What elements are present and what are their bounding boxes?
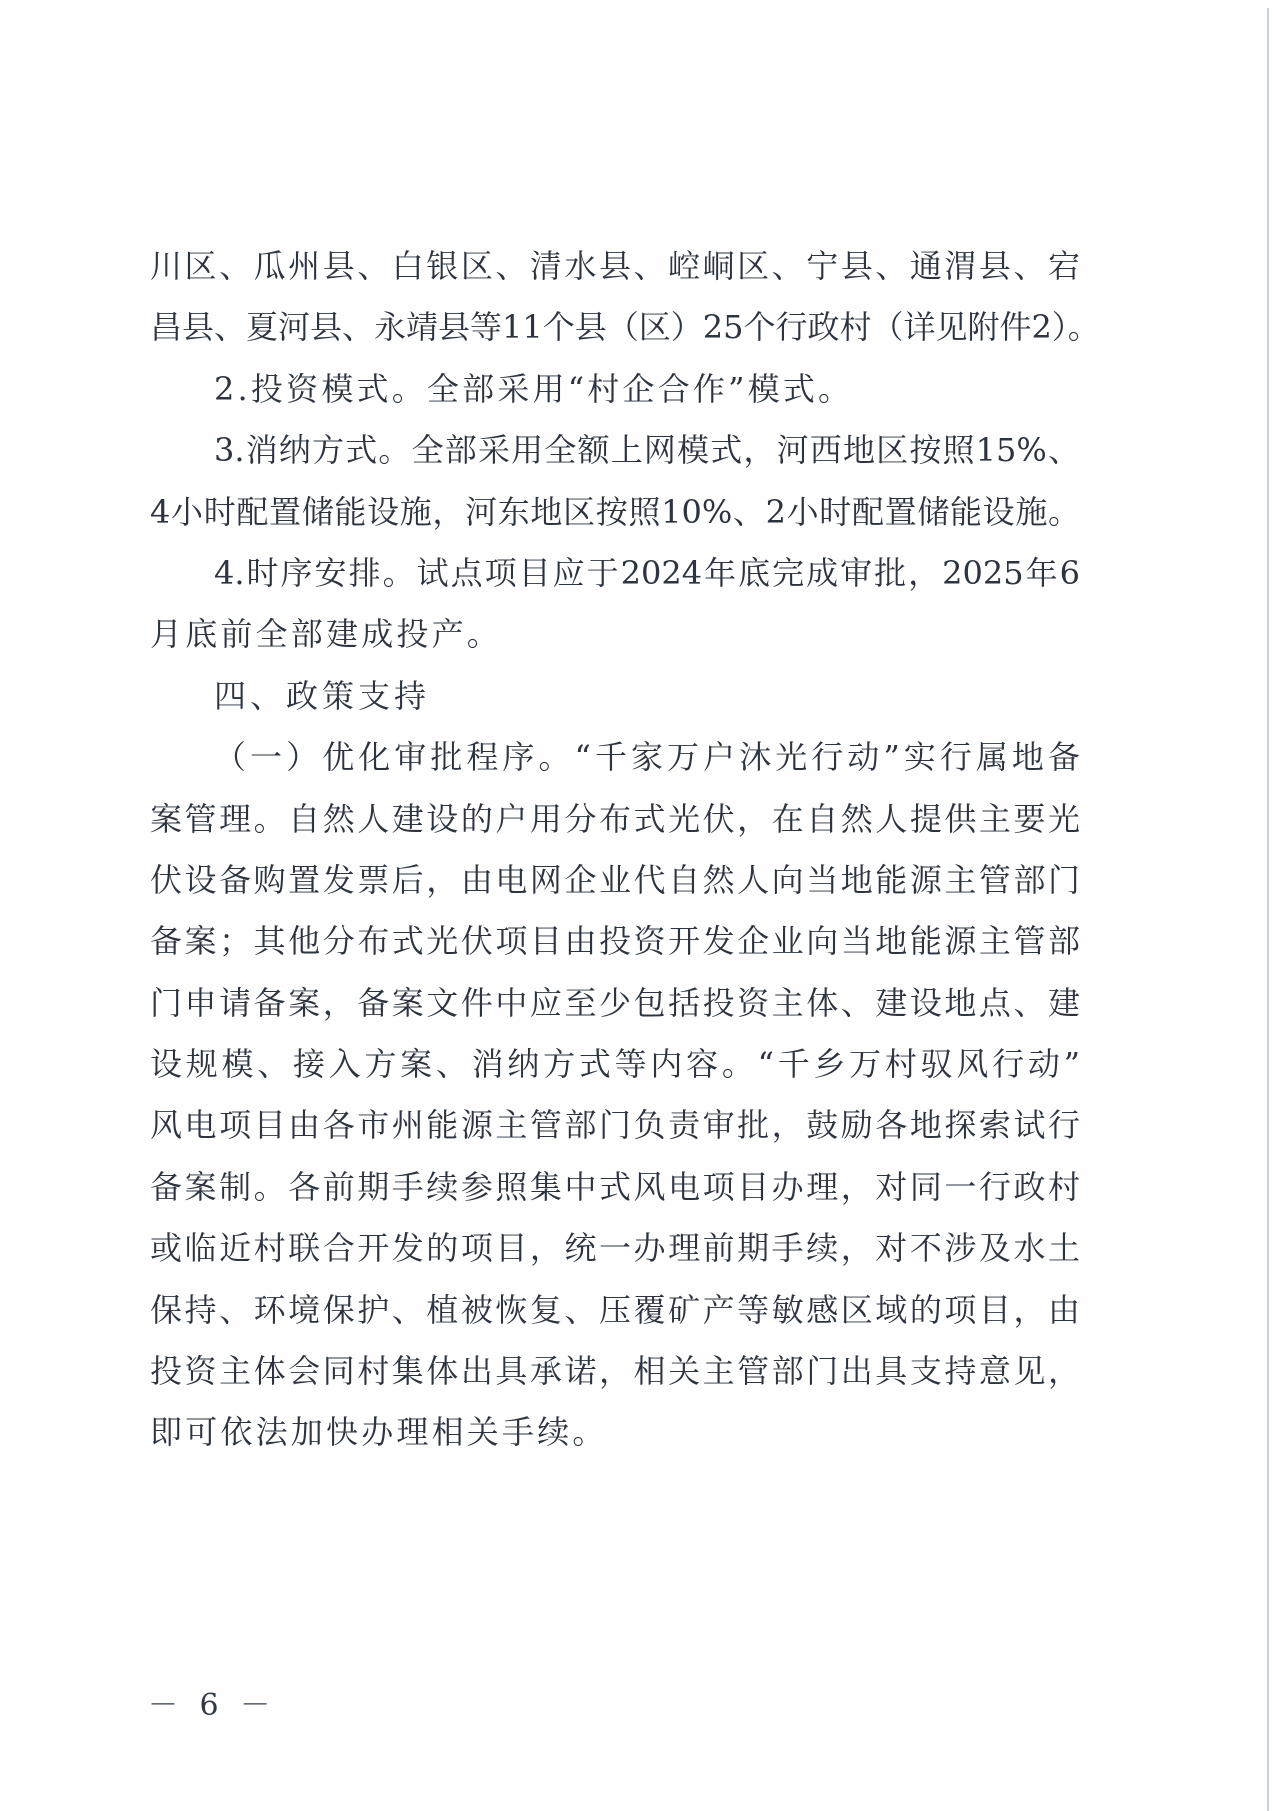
text-line: 4小时配置储能设施，河东地区按照10%、2小时配置储能设施。 (150, 482, 1080, 543)
text-line: 月底前全部建成投产。 (150, 604, 1080, 665)
text-line: 风电项目由各市州能源主管部门负责审批，鼓励各地探索试行 (150, 1095, 1080, 1156)
text-line: 投资主体会同村集体出具承诺，相关主管部门出具支持意见， (150, 1341, 1080, 1402)
text-line: 伏设备购置发票后，由电网企业代自然人向当地能源主管部门 (150, 850, 1080, 911)
text-line: 案管理。自然人建设的户用分布式光伏，在自然人提供主要光 (150, 789, 1080, 850)
text-line: 备案；其他分布式光伏项目由投资开发企业向当地能源主管部 (150, 911, 1080, 972)
text-line: 备案制。各前期手续参照集中式风电项目办理，对同一行政村 (150, 1157, 1080, 1218)
page-number: － 6 － (148, 1686, 276, 1726)
text-line: 2.投资模式。全部采用“村企合作”模式。 (150, 359, 1080, 420)
text-line: 3.消纳方式。全部采用全额上网模式，河西地区按照15%、 (150, 420, 1080, 481)
text-line: 川区、瓜州县、白银区、清水县、崆峒区、宁县、通渭县、宕 (150, 236, 1080, 297)
text-line: 或临近村联合开发的项目，统一办理前期手续，对不涉及水土 (150, 1218, 1080, 1279)
text-line: 昌县、夏河县、永靖县等11个县（区）25个行政村（详见附件2）。 (150, 297, 1080, 358)
document-page: 川区、瓜州县、白银区、清水县、崆峒区、宁县、通渭县、宕 昌县、夏河县、永靖县等1… (0, 0, 1280, 1811)
text-line: 即可依法加快办理相关手续。 (150, 1402, 1080, 1463)
text-line: 门申请备案，备案文件中应至少包括投资主体、建设地点、建 (150, 973, 1080, 1034)
text-line: 设规模、接入方案、消纳方式等内容。“千乡万村驭风行动” (150, 1034, 1080, 1095)
section-heading: 四、政策支持 (150, 666, 1080, 727)
text-line: 保持、环境保护、植被恢复、压覆矿产等敏感区域的项目，由 (150, 1280, 1080, 1341)
text-line: 4.时序安排。试点项目应于2024年底完成审批，2025年6 (150, 543, 1080, 604)
text-line: （一）优化审批程序。“千家万户沐光行动”实行属地备 (150, 727, 1080, 788)
document-body: 川区、瓜州县、白银区、清水县、崆峒区、宁县、通渭县、宕 昌县、夏河县、永靖县等1… (150, 236, 1080, 1464)
scan-edge-line (1267, 8, 1269, 1811)
